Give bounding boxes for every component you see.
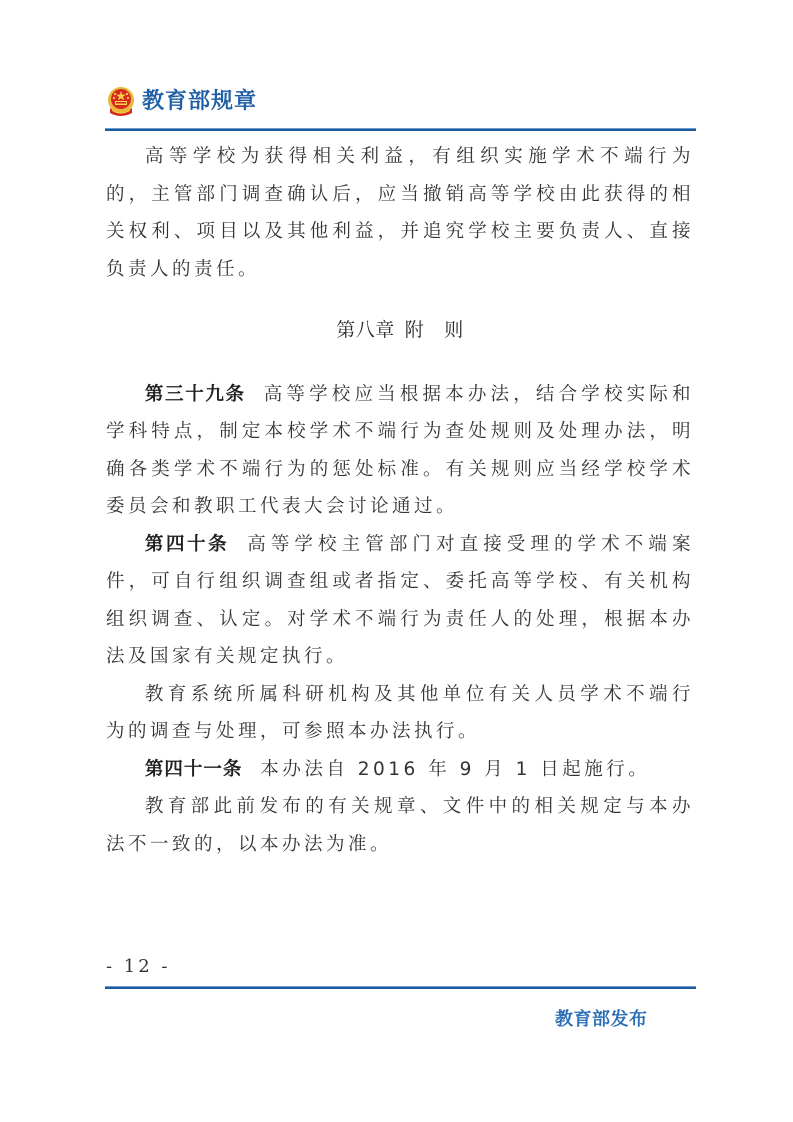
page-number: - 12 - [106, 956, 171, 977]
footer-publisher: 教育部发布 [555, 1005, 648, 1031]
article-label: 第三十九条 [145, 384, 246, 405]
chapter-title-part2: 则 [444, 319, 464, 341]
national-emblem-icon [106, 86, 136, 118]
article-label: 第四十条 [145, 534, 229, 555]
page-header: 教育部规章 [106, 84, 257, 120]
article-label: 第四十一条 [145, 759, 243, 780]
article-40: 第四十条高等学校主管部门对直接受理的学术不端案件，可自行组织调查组或者指定、委托… [106, 526, 694, 676]
paragraph: 教育系统所属科研机构及其他单位有关人员学术不端行为的调查与处理，可参照本办法执行… [106, 676, 694, 751]
header-divider [105, 128, 696, 131]
article-39: 第三十九条高等学校应当根据本办法，结合学校实际和学科特点，制定本校学术不端行为查… [106, 376, 694, 526]
article-41: 第四十一条本办法自 2016 年 9 月 1 日起施行。 [106, 751, 694, 789]
chapter-number: 第八章 [336, 319, 395, 341]
chapter-title-part1: 附 [405, 319, 425, 341]
chapter-heading: 第八章附则 [106, 312, 694, 350]
paragraph: 教育部此前发布的有关规章、文件中的相关规定与本办法不一致的，以本办法为准。 [106, 788, 694, 863]
paragraph: 高等学校为获得相关利益，有组织实施学术不端行为的，主管部门调查确认后，应当撤销高… [106, 138, 694, 288]
footer-divider [105, 986, 696, 989]
article-text: 本办法自 2016 年 9 月 1 日起施行。 [260, 759, 650, 780]
document-body: 高等学校为获得相关利益，有组织实施学术不端行为的，主管部门调查确认后，应当撤销高… [106, 138, 694, 863]
header-title: 教育部规章 [142, 84, 257, 120]
